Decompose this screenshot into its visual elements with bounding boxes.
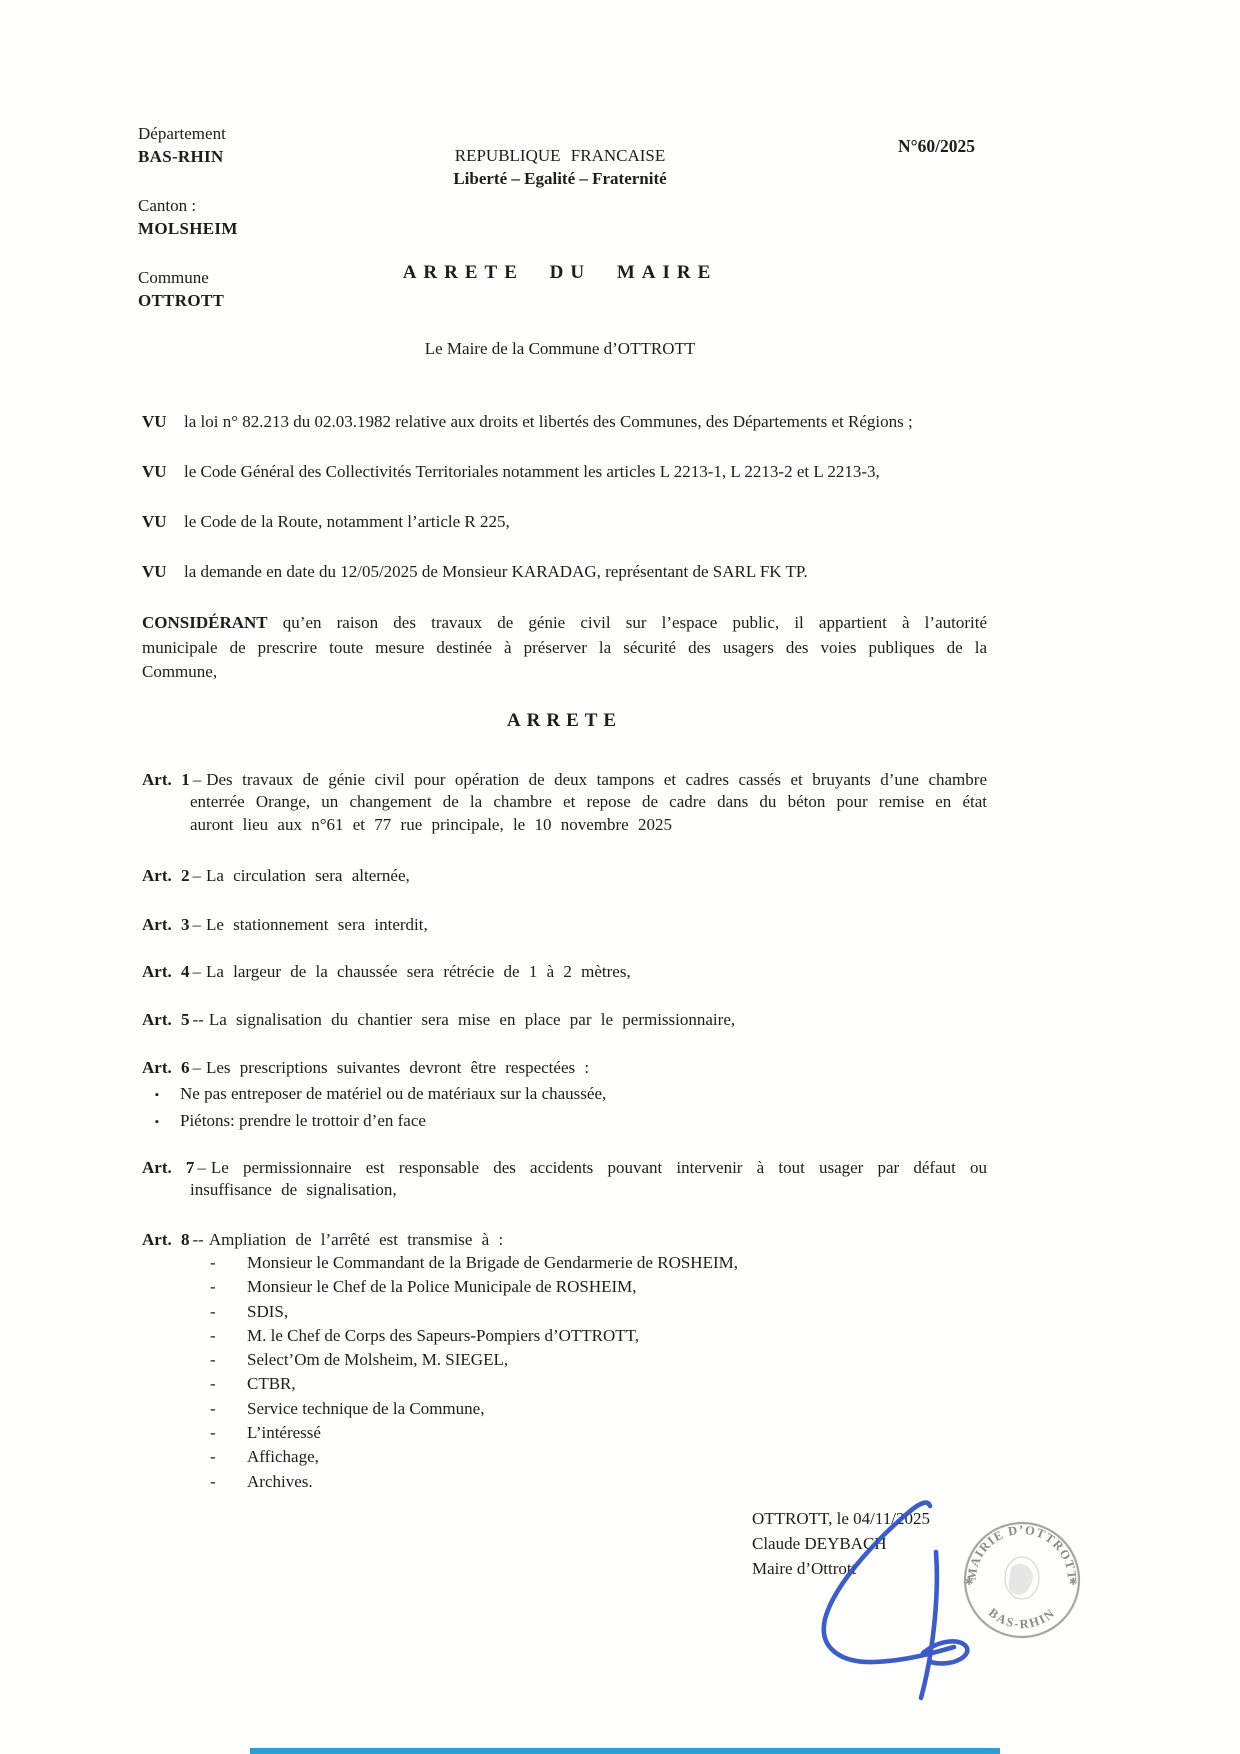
list-item: -CTBR, bbox=[142, 1372, 987, 1396]
article-separator: -- bbox=[192, 1010, 203, 1029]
bullet-item: ▪Piétons: prendre le trottoir d’en face bbox=[142, 1108, 987, 1135]
canton-label: Canton : bbox=[138, 194, 238, 217]
dash-bullet-icon: - bbox=[210, 1470, 247, 1494]
article-8: Art. 8--Ampliation de l’arrêté est trans… bbox=[142, 1229, 987, 1252]
document-subtitle: Le Maire de la Commune d’OTTROTT bbox=[140, 339, 980, 359]
document-body: VUla loi n° 82.213 du 02.03.1982 relativ… bbox=[142, 411, 987, 1494]
republic-line: REPUBLIQUE FRANCAISE bbox=[140, 144, 980, 167]
dash-bullet-icon: - bbox=[210, 1445, 247, 1469]
considerant-paragraph: CONSIDÉRANT qu’en raison des travaux de … bbox=[142, 611, 987, 685]
bullet-text: Ne pas entreposer de matériel ou de maté… bbox=[180, 1084, 606, 1103]
article-label: Art. 6 bbox=[142, 1058, 189, 1077]
article-3: Art. 3–Le stationnement sera interdit, bbox=[142, 914, 987, 937]
square-bullet-icon: ▪ bbox=[155, 1083, 180, 1108]
article-2: Art. 2–La circulation sera alternée, bbox=[142, 865, 987, 888]
article-separator: – bbox=[193, 770, 202, 789]
dash-bullet-icon: - bbox=[210, 1372, 247, 1396]
article-1: Art. 1–Des travaux de génie civil pour o… bbox=[142, 769, 987, 837]
article-text: Le stationnement sera interdit, bbox=[206, 915, 428, 934]
article-text: Des travaux de génie civil pour opératio… bbox=[190, 770, 987, 834]
article-8-destinataires: -Monsieur le Commandant de la Brigade de… bbox=[142, 1251, 987, 1494]
list-item-text: Monsieur le Commandant de la Brigade de … bbox=[247, 1253, 738, 1272]
stamp-star-left-icon: ✱ bbox=[965, 1577, 973, 1588]
dash-bullet-icon: - bbox=[210, 1300, 247, 1324]
department-label: Département bbox=[138, 122, 238, 145]
vu-text: la loi n° 82.213 du 02.03.1982 relative … bbox=[184, 412, 913, 431]
dash-bullet-icon: - bbox=[210, 1397, 247, 1421]
dash-bullet-icon: - bbox=[210, 1348, 247, 1372]
list-item-text: M. le Chef de Corps des Sapeurs-Pompiers… bbox=[247, 1326, 639, 1345]
list-item: -Archives. bbox=[142, 1470, 987, 1494]
article-label: Art. 5 bbox=[142, 1010, 189, 1029]
article-separator: – bbox=[192, 866, 201, 885]
bullet-text: Piétons: prendre le trottoir d’en face bbox=[180, 1111, 426, 1130]
arrete-heading: ARRETE bbox=[142, 709, 987, 733]
vu-paragraph: VUla loi n° 82.213 du 02.03.1982 relativ… bbox=[142, 411, 987, 433]
vu-label: VU bbox=[142, 511, 184, 533]
vu-label: VU bbox=[142, 411, 184, 433]
svg-text:BAS-RHIN: BAS-RHIN bbox=[986, 1605, 1058, 1631]
article-6-bullets: ▪Ne pas entreposer de matériel ou de mat… bbox=[142, 1081, 987, 1135]
article-label: Art. 3 bbox=[142, 915, 189, 934]
list-item-text: Archives. bbox=[247, 1472, 313, 1491]
article-separator: -- bbox=[192, 1230, 203, 1249]
vu-text: le Code de la Route, notamment l’article… bbox=[184, 512, 510, 531]
article-text: La signalisation du chantier sera mise e… bbox=[209, 1010, 735, 1029]
article-5: Art. 5--La signalisation du chantier ser… bbox=[142, 1009, 987, 1032]
list-item-text: Service technique de la Commune, bbox=[247, 1399, 484, 1418]
list-item-text: Select’Om de Molsheim, M. SIEGEL, bbox=[247, 1350, 508, 1369]
article-separator: – bbox=[192, 915, 201, 934]
signature-strokes bbox=[824, 1503, 968, 1698]
article-text: La largeur de la chaussée sera rétrécie … bbox=[206, 962, 631, 981]
header-center: REPUBLIQUE FRANCAISE Liberté – Egalité –… bbox=[140, 144, 980, 190]
article-label: Art. 7 bbox=[142, 1158, 194, 1177]
bullet-item: ▪Ne pas entreposer de matériel ou de mat… bbox=[142, 1081, 987, 1108]
list-item-text: L’intéressé bbox=[247, 1423, 321, 1442]
vu-label: VU bbox=[142, 461, 184, 483]
article-text: Le permissionnaire est responsable des a… bbox=[190, 1158, 987, 1200]
list-item: -Service technique de la Commune, bbox=[142, 1397, 987, 1421]
considerant-label: CONSIDÉRANT bbox=[142, 613, 268, 632]
dash-bullet-icon: - bbox=[210, 1275, 247, 1299]
list-item-text: Affichage, bbox=[247, 1447, 319, 1466]
canton-value: MOLSHEIM bbox=[138, 217, 238, 240]
stamp-star-right-icon: ✱ bbox=[1069, 1577, 1077, 1588]
list-item-text: CTBR, bbox=[247, 1374, 296, 1393]
list-item-text: SDIS, bbox=[247, 1302, 288, 1321]
article-label: Art. 1 bbox=[142, 770, 190, 789]
list-item: -M. le Chef de Corps des Sapeurs-Pompier… bbox=[142, 1324, 987, 1348]
article-separator: – bbox=[197, 1158, 206, 1177]
article-text: Ampliation de l’arrêté est transmise à : bbox=[209, 1230, 503, 1249]
document-page: Département BAS-RHIN Canton : MOLSHEIM C… bbox=[0, 0, 1240, 1754]
document-number: N°60/2025 bbox=[898, 136, 975, 157]
vu-text: la demande en date du 12/05/2025 de Mons… bbox=[184, 562, 808, 581]
list-item: -Monsieur le Commandant de la Brigade de… bbox=[142, 1251, 987, 1275]
stamp-emblem bbox=[1009, 1564, 1033, 1596]
list-item: -L’intéressé bbox=[142, 1421, 987, 1445]
stamp-bottom-text: BAS-RHIN bbox=[986, 1605, 1058, 1631]
article-label: Art. 2 bbox=[142, 866, 189, 885]
considerant-text: qu’en raison des travaux de génie civil … bbox=[142, 613, 987, 681]
bottom-accent-bar-fill bbox=[250, 1748, 1000, 1754]
list-item: -SDIS, bbox=[142, 1300, 987, 1324]
dash-bullet-icon: - bbox=[210, 1421, 247, 1445]
bottom-accent-bar bbox=[250, 1748, 1000, 1754]
vu-text: le Code Général des Collectivités Territ… bbox=[184, 462, 880, 481]
list-item: -Select’Om de Molsheim, M. SIEGEL, bbox=[142, 1348, 987, 1372]
devise-line: Liberté – Egalité – Fraternité bbox=[140, 167, 980, 190]
commune-value: OTTROTT bbox=[138, 289, 238, 312]
list-item: -Affichage, bbox=[142, 1445, 987, 1469]
canton-group: Canton : MOLSHEIM bbox=[138, 194, 238, 240]
vu-paragraph: VUla demande en date du 12/05/2025 de Mo… bbox=[142, 561, 987, 583]
mairie-stamp: MAIRIE D’OTTROTT BAS-RHIN ✱ ✱ bbox=[960, 1518, 1084, 1642]
list-item-text: Monsieur le Chef de la Police Municipale… bbox=[247, 1277, 637, 1296]
square-bullet-icon: ▪ bbox=[155, 1110, 180, 1135]
article-separator: – bbox=[192, 1058, 201, 1077]
document-title: ARRETE DU MAIRE bbox=[140, 262, 980, 284]
article-text: La circulation sera alternée, bbox=[206, 866, 410, 885]
vu-paragraph: VUle Code de la Route, notamment l’artic… bbox=[142, 511, 987, 533]
dash-bullet-icon: - bbox=[210, 1324, 247, 1348]
article-6: Art. 6–Les prescriptions suivantes devro… bbox=[142, 1057, 987, 1080]
article-label: Art. 4 bbox=[142, 962, 189, 981]
list-item: -Monsieur le Chef de la Police Municipal… bbox=[142, 1275, 987, 1299]
dash-bullet-icon: - bbox=[210, 1251, 247, 1275]
article-text: Les prescriptions suivantes devront être… bbox=[206, 1058, 589, 1077]
article-4: Art. 4–La largeur de la chaussée sera ré… bbox=[142, 961, 987, 984]
vu-label: VU bbox=[142, 561, 184, 583]
article-7: Art. 7–Le permissionnaire est responsabl… bbox=[142, 1157, 987, 1202]
article-separator: – bbox=[192, 962, 201, 981]
article-label: Art. 8 bbox=[142, 1230, 189, 1249]
vu-paragraph: VUle Code Général des Collectivités Terr… bbox=[142, 461, 987, 483]
